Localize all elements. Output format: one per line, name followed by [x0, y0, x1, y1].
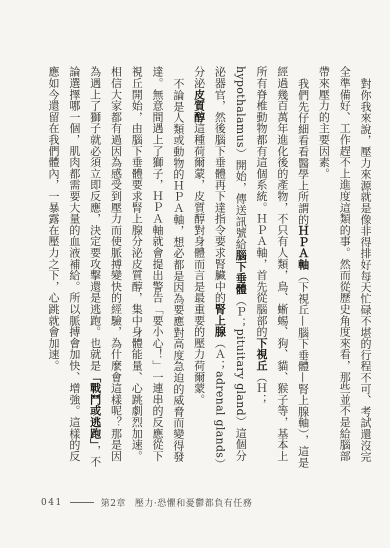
paragraph: 我們先仔細看看醫學上所謂的ＨＰＡ軸（下視丘—腦下垂體—腎上腺軸），這是經過幾百萬… — [188, 66, 313, 468]
page-number: 041 — [41, 498, 63, 508]
chapter-number: 第2章 — [101, 496, 126, 509]
emphasized-term: 皮質醇 — [193, 89, 206, 123]
footer-divider-line — [70, 502, 94, 503]
emphasized-term: ＨＰＡ軸 — [297, 225, 310, 270]
paragraph: 不論是人類或動物的ＨＰＡ軸，想必都是因為要應對高度急迫的威脅而變得發達。無意間遇… — [42, 66, 188, 468]
paragraph: 對你我來說，壓力來源就是像非得排好每天忙碌不堪的行程不可、考試還沒完全準備好、工… — [313, 66, 375, 468]
text-run: 這種荷爾蒙，皮質醇對身體而言是最重要的壓力荷爾蒙。 — [193, 123, 206, 406]
text-run: 不論是人類或動物的ＨＰＡ軸，想必都是因為要應對高度急迫的威脅而變得發達。無意間遇… — [89, 66, 185, 462]
chapter-title: 壓力·恐懼和憂鬱都負有任務 — [135, 496, 252, 509]
book-page: 對你我來說，壓力來源就是像非得排好每天忙碌不堪的行程不可、考試還沒完全準備好、工… — [0, 0, 390, 548]
emphasized-term: 腎上腺 — [213, 303, 226, 337]
text-run: 對你我來說，壓力來源就是像非得排好每天忙碌不堪的行程不可、考試還沒完全準備好、工… — [317, 66, 372, 462]
emphasized-term: 腦下垂體 — [234, 250, 247, 295]
emphasized-term: 下視丘 — [255, 337, 268, 371]
footer: 041 第2章 壓力·恐懼和憂鬱都負有任務 — [41, 496, 252, 509]
text-run: 我們先仔細看看醫學上所謂的 — [297, 78, 310, 225]
emphasized-term: 「戰鬥或逃跑」 — [89, 371, 102, 445]
text-area: 對你我來說，壓力來源就是像非得排好每天忙碌不堪的行程不可、考試還沒完全準備好、工… — [42, 66, 375, 468]
